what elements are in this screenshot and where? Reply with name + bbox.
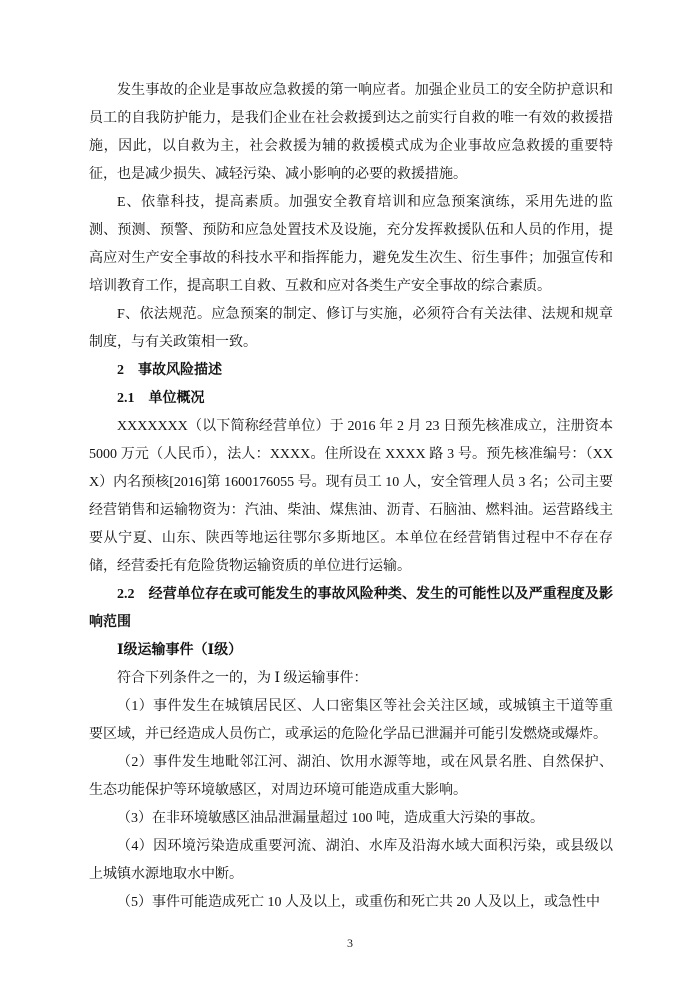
paragraph-legal-compliance: F、依法规范。应急预案的制定、修订与实施，必须符合有关法律、法规和规章制度，与有… <box>89 301 613 357</box>
document-content: 发生事故的企业是事故应急救援的第一响应者。加强企业员工的安全防护意识和员工的自我… <box>89 77 613 917</box>
heading-section-2-1: 2.1 单位概况 <box>89 385 613 413</box>
list-item-criteria-1: （1）事件发生在城镇居民区、人口密集区等社会关注区域，或城镇主干道等重要区域，并… <box>89 693 613 749</box>
heading-section-2-2: 2.2 经营单位存在或可能发生的事故风险种类、发生的可能性以及严重程度及影响范围 <box>89 581 613 637</box>
document-page: 发生事故的企业是事故应急救援的第一响应者。加强企业员工的安全防护意识和员工的自我… <box>0 0 700 990</box>
page-number: 3 <box>347 936 353 950</box>
list-item-criteria-3: （3）在非环境敏感区油品泄漏量超过 100 吨，造成重大污染的事故。 <box>89 805 613 833</box>
list-item-criteria-2: （2）事件发生地毗邻江河、湖泊、饮用水源等地，或在风景名胜、自然保护、生态功能保… <box>89 749 613 805</box>
list-item-criteria-5: （5）事件可能造成死亡 10 人及以上，或重伤和死亡共 20 人及以上，或急性中 <box>89 889 613 917</box>
paragraph-company-profile: XXXXXXX（以下简称经营单位）于 2016 年 2 月 23 日预先核准成立… <box>89 413 613 581</box>
subheading-level-1-transport-event: Ⅰ级运输事件（Ⅰ级） <box>89 637 613 665</box>
paragraph-first-responder: 发生事故的企业是事故应急救援的第一响应者。加强企业员工的安全防护意识和员工的自我… <box>89 77 613 189</box>
paragraph-rely-on-science: E、依靠科技，提高素质。加强安全教育培训和应急预案演练，采用先进的监测、预测、预… <box>89 189 613 301</box>
heading-section-2: 2 事故风险描述 <box>89 357 613 385</box>
page-footer: 3 <box>0 934 700 952</box>
list-item-criteria-4: （4）因环境污染造成重要河流、湖泊、水库及沿海水域大面积污染，或县级以上城镇水源… <box>89 833 613 889</box>
paragraph-level-1-criteria-intro: 符合下列条件之一的，为 Ⅰ 级运输事件： <box>89 665 613 693</box>
